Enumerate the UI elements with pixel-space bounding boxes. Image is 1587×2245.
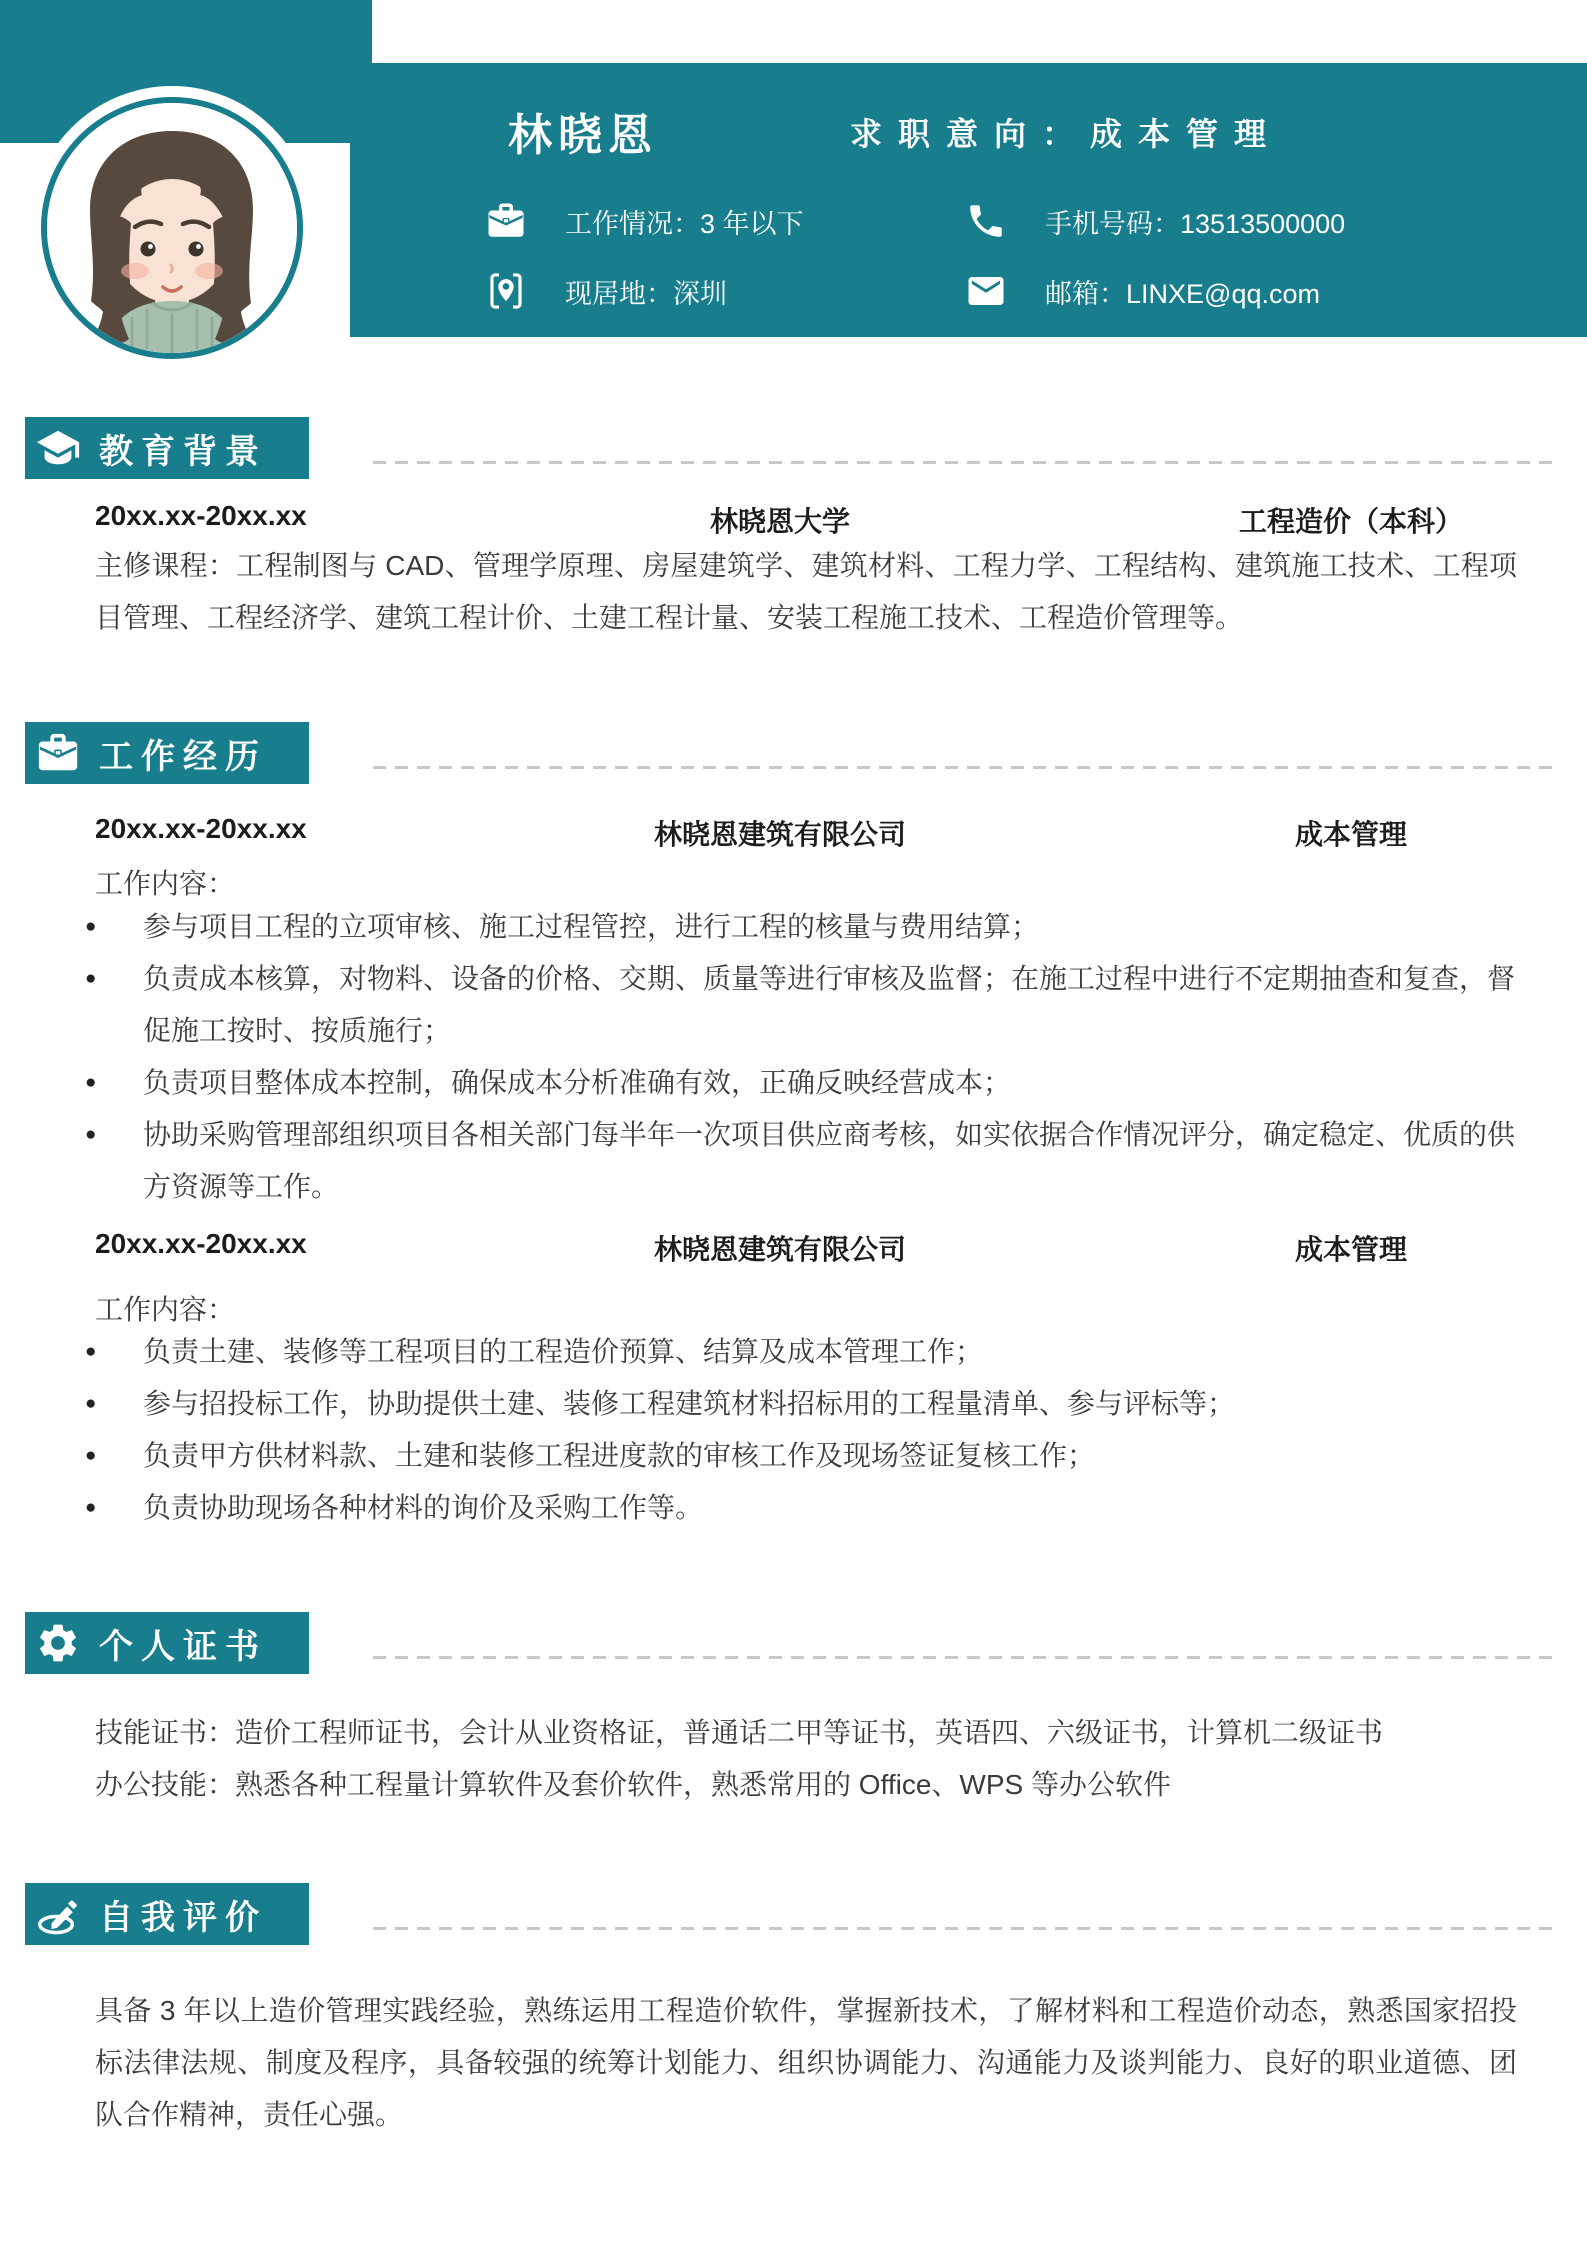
education-major: 工程造价（本科）: [1239, 500, 1463, 540]
gear-icon: [35, 1620, 81, 1666]
section-education-header: 教育背景: [25, 417, 309, 479]
location-icon: [485, 270, 527, 312]
education-school: 林晓恩大学: [710, 500, 850, 540]
list-item: 协助采购管理部组织项目各相关部门每半年一次项目供应商考核，如实依据合作情况评分，…: [143, 1109, 1515, 1213]
work-entry-2-row: 20xx.xx-20xx.xx 林晓恩建筑有限公司 成本管理: [0, 1228, 1587, 1264]
candidate-name: 林晓恩: [508, 99, 658, 163]
header-banner: 林晓恩 求职意向：成本管理 工作情况：3 年以下 手机号码：1351350000…: [350, 63, 1587, 337]
graduation-cap-icon: [35, 425, 81, 471]
section-work-title: 工作经历: [99, 729, 267, 778]
briefcase-icon: [35, 730, 81, 776]
resume-page: 林晓恩 求职意向：成本管理 工作情况：3 年以下 手机号码：1351350000…: [0, 0, 1587, 2245]
work-entry-1-bullets: 参与项目工程的立项审核、施工过程管控，进行工程的核量与费用结算； 负责成本核算，…: [143, 901, 1515, 1213]
section-certificates-title: 个人证书: [99, 1619, 267, 1668]
info-work-status-label: 工作情况：3 年以下: [565, 202, 804, 241]
divider-evaluation: [373, 1927, 1561, 1930]
info-email: 邮箱：LINXE@qq.com: [965, 270, 1320, 312]
job-intention: 求职意向：成本管理: [850, 109, 1282, 155]
info-phone: 手机号码：13513500000: [965, 200, 1345, 242]
list-item: 参与项目工程的立项审核、施工过程管控，进行工程的核量与费用结算；: [143, 901, 1515, 953]
certificates-line-1: 技能证书：造价工程师证书，会计从业资格证，普通话二甲等证书，英语四、六级证书，计…: [95, 1711, 1383, 1751]
avatar-illustration: [47, 103, 297, 353]
education-date: 20xx.xx-20xx.xx: [95, 500, 307, 532]
work-entry-2-position: 成本管理: [1295, 1228, 1407, 1268]
work-entry-1-content-label: 工作内容：: [95, 862, 235, 902]
list-item: 负责成本核算，对物料、设备的价格、交期、质量等进行审核及监督；在施工过程中进行不…: [143, 953, 1515, 1057]
education-courses: 主修课程：工程制图与 CAD、管理学原理、房屋建筑学、建筑材料、工程力学、工程结…: [95, 540, 1517, 644]
section-evaluation-header: 自我评价: [25, 1883, 309, 1945]
info-location: 现居地：深圳: [485, 270, 727, 312]
section-work-header: 工作经历: [25, 722, 309, 784]
pen-icon: [35, 1891, 81, 1937]
briefcase-icon: [485, 200, 527, 242]
evaluation-text: 具备 3 年以上造价管理实践经验，熟练运用工程造价软件，掌握新技术，了解材料和工…: [95, 1985, 1517, 2141]
mail-icon: [965, 270, 1007, 312]
certificates-line-2: 办公技能：熟悉各种工程量计算软件及套价软件，熟悉常用的 Office、WPS 等…: [95, 1763, 1171, 1803]
work-entry-1-date: 20xx.xx-20xx.xx: [95, 813, 307, 845]
education-row: 20xx.xx-20xx.xx 林晓恩大学 工程造价（本科）: [0, 500, 1587, 536]
list-item: 参与招投标工作，协助提供土建、装修工程建筑材料招标用的工程量清单、参与评标等；: [143, 1378, 1515, 1430]
divider-work: [373, 766, 1561, 769]
section-evaluation-title: 自我评价: [99, 1890, 267, 1939]
list-item: 负责甲方供材料款、土建和装修工程进度款的审核工作及现场签证复核工作；: [143, 1430, 1515, 1482]
info-work-status: 工作情况：3 年以下: [485, 200, 804, 242]
avatar: [30, 86, 314, 370]
section-certificates-header: 个人证书: [25, 1612, 309, 1674]
divider-education: [373, 461, 1561, 464]
info-phone-label: 手机号码：13513500000: [1045, 202, 1345, 241]
work-entry-2-content-label: 工作内容：: [95, 1288, 235, 1328]
work-entry-2-company: 林晓恩建筑有限公司: [654, 1228, 906, 1268]
section-education-title: 教育背景: [99, 424, 267, 473]
phone-icon: [965, 200, 1007, 242]
list-item: 负责项目整体成本控制，确保成本分析准确有效，正确反映经营成本；: [143, 1057, 1515, 1109]
avatar-ring: [41, 97, 303, 359]
work-entry-1-company: 林晓恩建筑有限公司: [654, 813, 906, 853]
divider-certificates: [373, 1656, 1561, 1659]
work-entry-2-date: 20xx.xx-20xx.xx: [95, 1228, 307, 1260]
list-item: 负责土建、装修等工程项目的工程造价预算、结算及成本管理工作；: [143, 1326, 1515, 1378]
list-item: 负责协助现场各种材料的询价及采购工作等。: [143, 1482, 1515, 1534]
work-entry-1-position: 成本管理: [1295, 813, 1407, 853]
info-email-label: 邮箱：LINXE@qq.com: [1045, 272, 1320, 311]
work-entry-2-bullets: 负责土建、装修等工程项目的工程造价预算、结算及成本管理工作； 参与招投标工作，协…: [143, 1326, 1515, 1534]
work-entry-1-row: 20xx.xx-20xx.xx 林晓恩建筑有限公司 成本管理: [0, 813, 1587, 849]
info-location-label: 现居地：深圳: [565, 272, 727, 311]
